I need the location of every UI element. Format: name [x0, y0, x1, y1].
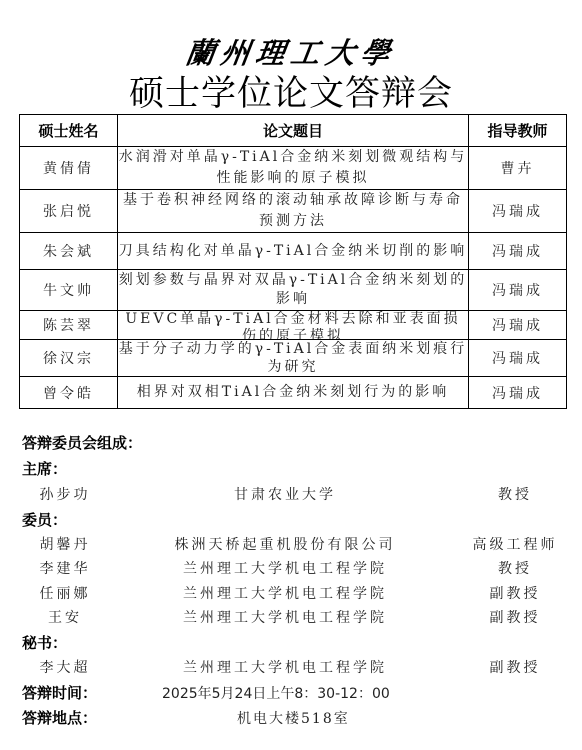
table-row: 徐汉宗 基于分子动力学的γ-TiAl合金表面纳米划痕行为研究 冯瑞成	[20, 340, 567, 377]
committee-member-row: 任丽娜 兰州理工大学机电工程学院 副教授	[0, 583, 582, 605]
advisor-name: 曹卉	[469, 147, 567, 190]
thesis-topic: 刀具结构化对单晶γ-TiAl合金纳米切削的影响	[118, 233, 469, 270]
member-org: 甘肃农业大学	[150, 484, 420, 504]
table-row: 黄倩倩 水润滑对单晶γ-TiAl合金纳米刻划微观结构与性能影响的原子模拟 曹卉	[20, 147, 567, 190]
student-name: 黄倩倩	[20, 147, 118, 190]
members-label: 委员：	[22, 509, 67, 530]
thesis-topic: 水润滑对单晶γ-TiAl合金纳米刻划微观结构与性能影响的原子模拟	[118, 147, 469, 190]
member-org: 株洲天桥起重机股份有限公司	[150, 534, 420, 554]
thesis-topic: 相界对双相TiAl合金纳米刻划行为的影响	[118, 377, 469, 409]
member-title: 副教授	[460, 657, 570, 677]
table-row: 陈芸翠 UEVC单晶γ-TiAl合金材料去除和亚表面损伤的原子模拟 冯瑞成	[20, 311, 567, 340]
thesis-topic: 刻划参数与晶界对双晶γ-TiAl合金纳米刻划的影响	[118, 270, 469, 311]
table-row: 曾令皓 相界对双相TiAl合金纳米刻划行为的影响 冯瑞成	[20, 377, 567, 409]
advisor-name: 冯瑞成	[469, 190, 567, 233]
student-name: 朱会斌	[20, 233, 118, 270]
member-name: 胡馨丹	[20, 534, 110, 554]
defense-place-label: 答辩地点：	[22, 707, 97, 728]
table-row: 朱会斌 刀具结构化对单晶γ-TiAl合金纳米切削的影响 冯瑞成	[20, 233, 567, 270]
thesis-table: 硕士姓名 论文题目 指导教师 黄倩倩 水润滑对单晶γ-TiAl合金纳米刻划微观结…	[19, 114, 567, 409]
student-name: 张启悦	[20, 190, 118, 233]
defense-time-label: 答辩时间：	[22, 682, 97, 703]
member-org: 兰州理工大学机电工程学院	[150, 657, 420, 677]
member-org: 兰州理工大学机电工程学院	[150, 607, 420, 627]
member-name: 李大超	[20, 657, 110, 677]
committee-heading: 答辩委员会组成：	[22, 432, 142, 453]
committee-member-row: 王安 兰州理工大学机电工程学院 副教授	[0, 607, 582, 629]
advisor-name: 冯瑞成	[469, 233, 567, 270]
table-row: 张启悦 基于卷积神经网络的滚动轴承故障诊断与寿命预测方法 冯瑞成	[20, 190, 567, 233]
table-row: 牛文帅 刻划参数与晶界对双晶γ-TiAl合金纳米刻划的影响 冯瑞成	[20, 270, 567, 311]
member-org: 兰州理工大学机电工程学院	[150, 558, 420, 578]
defense-time-value: 2025年5月24日上午8：30-12：00	[162, 683, 390, 703]
member-title: 教授	[460, 558, 570, 578]
table-header-row: 硕士姓名 论文题目 指导教师	[20, 115, 567, 147]
member-org: 兰州理工大学机电工程学院	[150, 583, 420, 603]
member-name: 孙步功	[20, 484, 110, 504]
member-name: 李建华	[20, 558, 110, 578]
member-name: 任丽娜	[20, 583, 110, 603]
university-logo: 蘭州理工大學	[0, 31, 582, 72]
defense-place-value: 机电大楼518室	[237, 708, 350, 728]
member-title: 副教授	[460, 583, 570, 603]
committee-member-row: 李大超 兰州理工大学机电工程学院 副教授	[0, 657, 582, 679]
advisor-name: 冯瑞成	[469, 270, 567, 311]
student-name: 徐汉宗	[20, 340, 118, 377]
thesis-topic: UEVC单晶γ-TiAl合金材料去除和亚表面损伤的原子模拟	[118, 311, 469, 340]
committee-member-row: 胡馨丹 株洲天桥起重机股份有限公司 高级工程师	[0, 534, 582, 556]
committee-member-row: 李建华 兰州理工大学机电工程学院 教授	[0, 558, 582, 580]
member-title: 副教授	[460, 607, 570, 627]
column-header-student: 硕士姓名	[20, 115, 118, 147]
advisor-name: 冯瑞成	[469, 311, 567, 340]
student-name: 牛文帅	[20, 270, 118, 311]
thesis-topic-text: UEVC单晶γ-TiAl合金材料去除和亚表面损伤的原子模拟	[118, 311, 468, 339]
advisor-name: 冯瑞成	[469, 377, 567, 409]
thesis-topic: 基于分子动力学的γ-TiAl合金表面纳米划痕行为研究	[118, 340, 469, 377]
thesis-topic: 基于卷积神经网络的滚动轴承故障诊断与寿命预测方法	[118, 190, 469, 233]
member-name: 王安	[20, 607, 110, 627]
member-title: 高级工程师	[460, 534, 570, 554]
student-name: 陈芸翠	[20, 311, 118, 340]
committee-member-row: 孙步功 甘肃农业大学 教授	[0, 484, 582, 506]
secretary-label: 秘书：	[22, 632, 67, 653]
member-title: 教授	[460, 484, 570, 504]
column-header-advisor: 指导教师	[469, 115, 567, 147]
advisor-name: 冯瑞成	[469, 340, 567, 377]
page-title: 硕士学位论文答辩会	[0, 74, 582, 114]
student-name: 曾令皓	[20, 377, 118, 409]
column-header-topic: 论文题目	[118, 115, 469, 147]
chair-label: 主席：	[22, 458, 67, 479]
